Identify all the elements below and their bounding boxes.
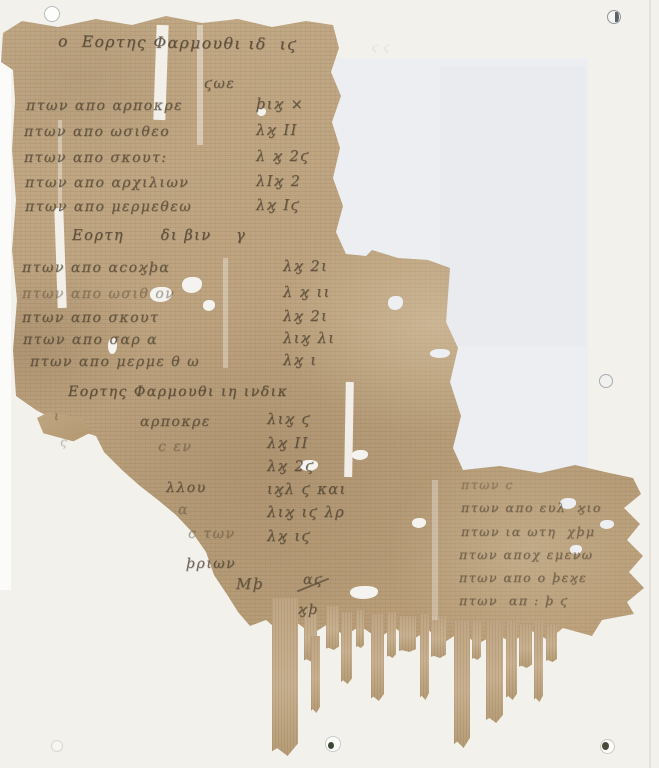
entry-amount: ιϗλ ϛ και (267, 483, 347, 498)
pencil-annotation: ϛ ϛ (372, 44, 391, 54)
section-header: ο Εορτης Φαρμουθι ιδ ιϛ (58, 34, 298, 53)
entry-label: πτων απο ο ϸεϗε (459, 572, 587, 585)
entry-amount: λ ϗ 2ϛ (256, 150, 310, 165)
fiber-strip (546, 624, 557, 662)
fiber-strip (431, 616, 446, 658)
entry-amount: λϗ ΙΙ (267, 437, 309, 452)
fiber-strip (472, 620, 481, 660)
entry-label: πτων απο ωσιθ ον (22, 287, 175, 301)
fiber-strip (420, 614, 429, 700)
fiber-strip (356, 610, 364, 648)
fiber-strip (387, 612, 396, 658)
entry-amount: λϗ Ιϛ (256, 199, 300, 214)
entry-label: πτων απο σαρ α (23, 333, 158, 347)
entry-label: πτων απο ωσιθεο (24, 125, 170, 139)
ink-fleck (615, 12, 619, 22)
entry-amount: λϗ 2ι (283, 260, 328, 275)
entry-label: α (178, 503, 189, 517)
crack (344, 382, 354, 477)
entry-amount: λϗ ιϛ (267, 530, 311, 545)
ink-fleck (602, 742, 609, 750)
entry-label: πτων απο σκουτ: (24, 151, 168, 165)
edge-remnant: ς (60, 436, 68, 448)
entry-amount: λϗ ΙΙ (256, 124, 298, 139)
punch-hole (599, 374, 613, 388)
fiber-strip (486, 622, 503, 723)
fiber-strip (454, 620, 470, 748)
entry-label: πτων απο μερμε θ ω (30, 355, 200, 369)
edge-remnant: ι (54, 410, 60, 422)
punch-hole (325, 736, 341, 752)
crack (432, 480, 438, 620)
entry-amount: λϗ 2ϛ (267, 460, 315, 475)
fiber-strip (534, 622, 543, 702)
fiber-strip (399, 616, 416, 652)
entry-amount: λϗ 2ι (283, 310, 328, 325)
fiber-strip (326, 606, 339, 650)
entry-label: πτων απο σκουτ (22, 311, 159, 325)
fiber-strip (506, 620, 517, 700)
marginal-note: ϸριων (186, 557, 236, 571)
fiber-strip (519, 624, 532, 668)
entry-label: πτων ϲ (461, 479, 514, 492)
fiber-strip (272, 598, 298, 756)
marginal-note: ϗϸ (298, 603, 319, 617)
fiber-strip (311, 636, 320, 713)
entry-amount: λ ϗ ιι (283, 286, 331, 301)
entry-label: λλου (166, 481, 207, 495)
section-subheader: ϛωε (204, 77, 235, 91)
entry-label: πτων απο αρποκρε (26, 99, 183, 113)
entry-label: ϲ εν (158, 440, 192, 454)
section-header: Εορτη δι βιν γ (72, 229, 246, 244)
fiber-strip (341, 612, 352, 684)
mount-panel-inner (440, 66, 586, 346)
entry-label: πτων απο αρχιλιων (25, 176, 189, 190)
scan-edge-line (649, 0, 651, 768)
fiber-strip (371, 614, 384, 701)
punch-hole (44, 6, 60, 22)
entry-amount: λιϗ ϛ (267, 413, 311, 428)
entry-amount: λϗ ι (283, 354, 318, 369)
crack (223, 258, 228, 368)
punch-hole (607, 10, 621, 24)
entry-label: πτων απο αϲοϗϸα (22, 261, 170, 275)
ink-fleck (328, 742, 334, 749)
backing-sheet-edge (0, 56, 11, 590)
section-header: Εορτης Φαρμουθι ιη ινδικ (68, 385, 288, 399)
entry-amount: λιϗ λι (283, 332, 335, 347)
entry-label: πτων απ : ϸ ϛ (459, 595, 569, 608)
entry-label: πτων απο ευλ ϗιο (461, 502, 602, 515)
entry-label: αρποκρε (140, 415, 211, 429)
entry-amount: ϸιϗ × (256, 98, 304, 113)
punch-hole (51, 740, 63, 752)
punch-hole (600, 739, 615, 754)
entry-label: πτων απο μερμεθεω (25, 200, 192, 214)
entry-label: πτων αποχ εμενω (459, 549, 593, 562)
marginal-note: Μϸ (236, 577, 264, 592)
entry-label: ϲ των (188, 527, 235, 541)
entry-amount: λιϗ ιϛ λρ (267, 506, 345, 521)
entry-amount: λΙϗ 2 (256, 175, 301, 190)
entry-label: πτων ια ωτη χϸμ (461, 526, 595, 539)
